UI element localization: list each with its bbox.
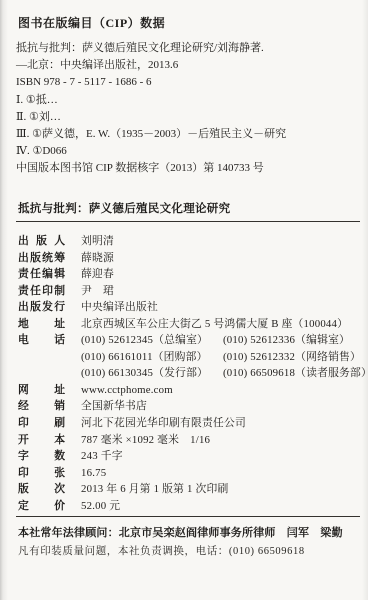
colophon-row: 印张16.75 [18, 465, 362, 482]
colophon-row: 字数243 千字 [18, 448, 362, 465]
colophon-row-value: 2013 年 6 月第 1 版第 1 次印刷 [81, 483, 228, 495]
divider-rule [16, 516, 360, 517]
colophon-row: 电话(010) 52612345（总编室）(010) 52612336（编辑室） [18, 332, 362, 349]
quality-notice-line: 凡有印装质量问题，本社负责调换，电话：(010) 66509618 [18, 543, 364, 558]
colophon-row-value: 河北下花园光华印刷有限责任公司 [81, 417, 246, 429]
colophon-row-value: 787 毫米 ×1092 毫米 1/16 [81, 434, 210, 446]
colophon-row: 开本787 毫米 ×1092 毫米 1/16 [18, 432, 362, 449]
colophon-row-label: 出版人 [18, 233, 65, 250]
colophon-row-value: www.cctphome.com [81, 384, 173, 396]
colophon-row-value: (010) 52612345（总编室） [81, 332, 223, 349]
copyright-page: 图书在版编目（CIP）数据 抵抗与批判：萨义德后殖民文化理论研究/刘海静著.—北… [0, 0, 368, 600]
cip-catalog-line: Ⅲ. ①萨义德，E. W.（1935－2003）－后殖民主义－研究 [16, 126, 360, 143]
colophon-row-value: 243 千字 [81, 450, 123, 462]
colophon-row: 定价52.00 元 [18, 498, 362, 515]
colophon-row-value: (010) 66161011（团购部） [81, 349, 223, 366]
cip-catalog-block: 抵抗与批判：萨义德后殖民文化理论研究/刘海静著.—北京：中央编译出版社，2013… [16, 40, 360, 178]
colophon-row-value: (010) 66130345（发行部） [81, 365, 223, 382]
colophon-row-value2: (010) 52612336（编辑室） [223, 334, 350, 346]
colophon-row: (010) 66161011（团购部）(010) 52612332（网络销售） [18, 349, 362, 366]
colophon-row: 出版人刘明清 [18, 233, 362, 250]
colophon-row: 出版发行中央编译出版社 [18, 299, 362, 316]
colophon-row-label: 定价 [18, 498, 65, 515]
colophon-row: 出版统筹薛晓源 [18, 250, 362, 267]
cip-data-header: 图书在版编目（CIP）数据 [18, 14, 165, 31]
colophon-row-label: 出版统筹 [18, 250, 65, 267]
colophon-row-value: 16.75 [81, 467, 106, 479]
colophon-row-label: 责任编辑 [18, 266, 65, 283]
legal-advisor-line: 本社常年法律顾问：北京市吴栾赵阎律师事务所律师 闫军 梁勤 [18, 524, 364, 540]
colophon-row-value: 尹 珺 [81, 285, 114, 297]
colophon-row-value2: (010) 66509618（读者服务部） [223, 367, 368, 379]
colophon-row: 经销全国新华书店 [18, 398, 362, 415]
colophon-row-value: 薛迎春 [81, 268, 114, 280]
colophon-row: 责任印制尹 珺 [18, 283, 362, 300]
colophon-row-label: 电话 [18, 332, 65, 349]
cip-catalog-line: Ⅰ. ①抵… [16, 92, 360, 109]
cip-catalog-line: —北京：中央编译出版社，2013.6 [16, 57, 360, 74]
cip-catalog-line: Ⅳ. ①D066 [16, 143, 360, 160]
colophon-row-label: 印张 [18, 465, 65, 482]
cip-catalog-line: 中国版本图书馆 CIP 数据核字（2013）第 140733 号 [16, 160, 360, 177]
colophon-table: 出版人刘明清 出版统筹薛晓源 责任编辑薛迎春 责任印制尹 珺 出版发行中央编译出… [18, 233, 362, 514]
colophon-row: 责任编辑薛迎春 [18, 266, 362, 283]
colophon-row-label: 字数 [18, 448, 65, 465]
colophon-row: 网址www.cctphome.com [18, 382, 362, 399]
colophon-row: (010) 66130345（发行部）(010) 66509618（读者服务部） [18, 365, 362, 382]
colophon-row-value: 刘明清 [81, 235, 114, 247]
colophon-row-label: 版次 [18, 481, 65, 498]
colophon-row-label: 地址 [18, 316, 65, 333]
colophon-row-value: 52.00 元 [81, 500, 120, 512]
colophon-row-value: 中央编译出版社 [81, 301, 158, 313]
colophon-row-label: 责任印制 [18, 283, 65, 300]
colophon-row-label: 印刷 [18, 415, 65, 432]
colophon-row-value2: (010) 52612332（网络销售） [223, 351, 361, 363]
colophon-row: 版次2013 年 6 月第 1 版第 1 次印刷 [18, 481, 362, 498]
colophon-row: 地址北京西城区车公庄大街乙 5 号鸿儒大厦 B 座（100044） [18, 316, 362, 333]
colophon-row-value: 全国新华书店 [81, 400, 147, 412]
cip-catalog-line: ISBN 978 - 7 - 5117 - 1686 - 6 [16, 74, 360, 91]
colophon-row-value: 薛晓源 [81, 252, 114, 264]
cip-catalog-line: Ⅱ. ①刘… [16, 109, 360, 126]
colophon-row: 印刷河北下花园光华印刷有限责任公司 [18, 415, 362, 432]
colophon-row-label: 开本 [18, 432, 65, 449]
colophon-row-label: 出版发行 [18, 299, 65, 316]
book-title-bar: 抵抗与批判：萨义德后殖民文化理论研究 [16, 200, 360, 222]
colophon-row-label: 网址 [18, 382, 65, 399]
colophon-row-value: 北京西城区车公庄大街乙 5 号鸿儒大厦 B 座（100044） [81, 318, 348, 330]
colophon-row-label: 经销 [18, 398, 65, 415]
cip-catalog-line: 抵抗与批判：萨义德后殖民文化理论研究/刘海静著. [16, 40, 360, 57]
